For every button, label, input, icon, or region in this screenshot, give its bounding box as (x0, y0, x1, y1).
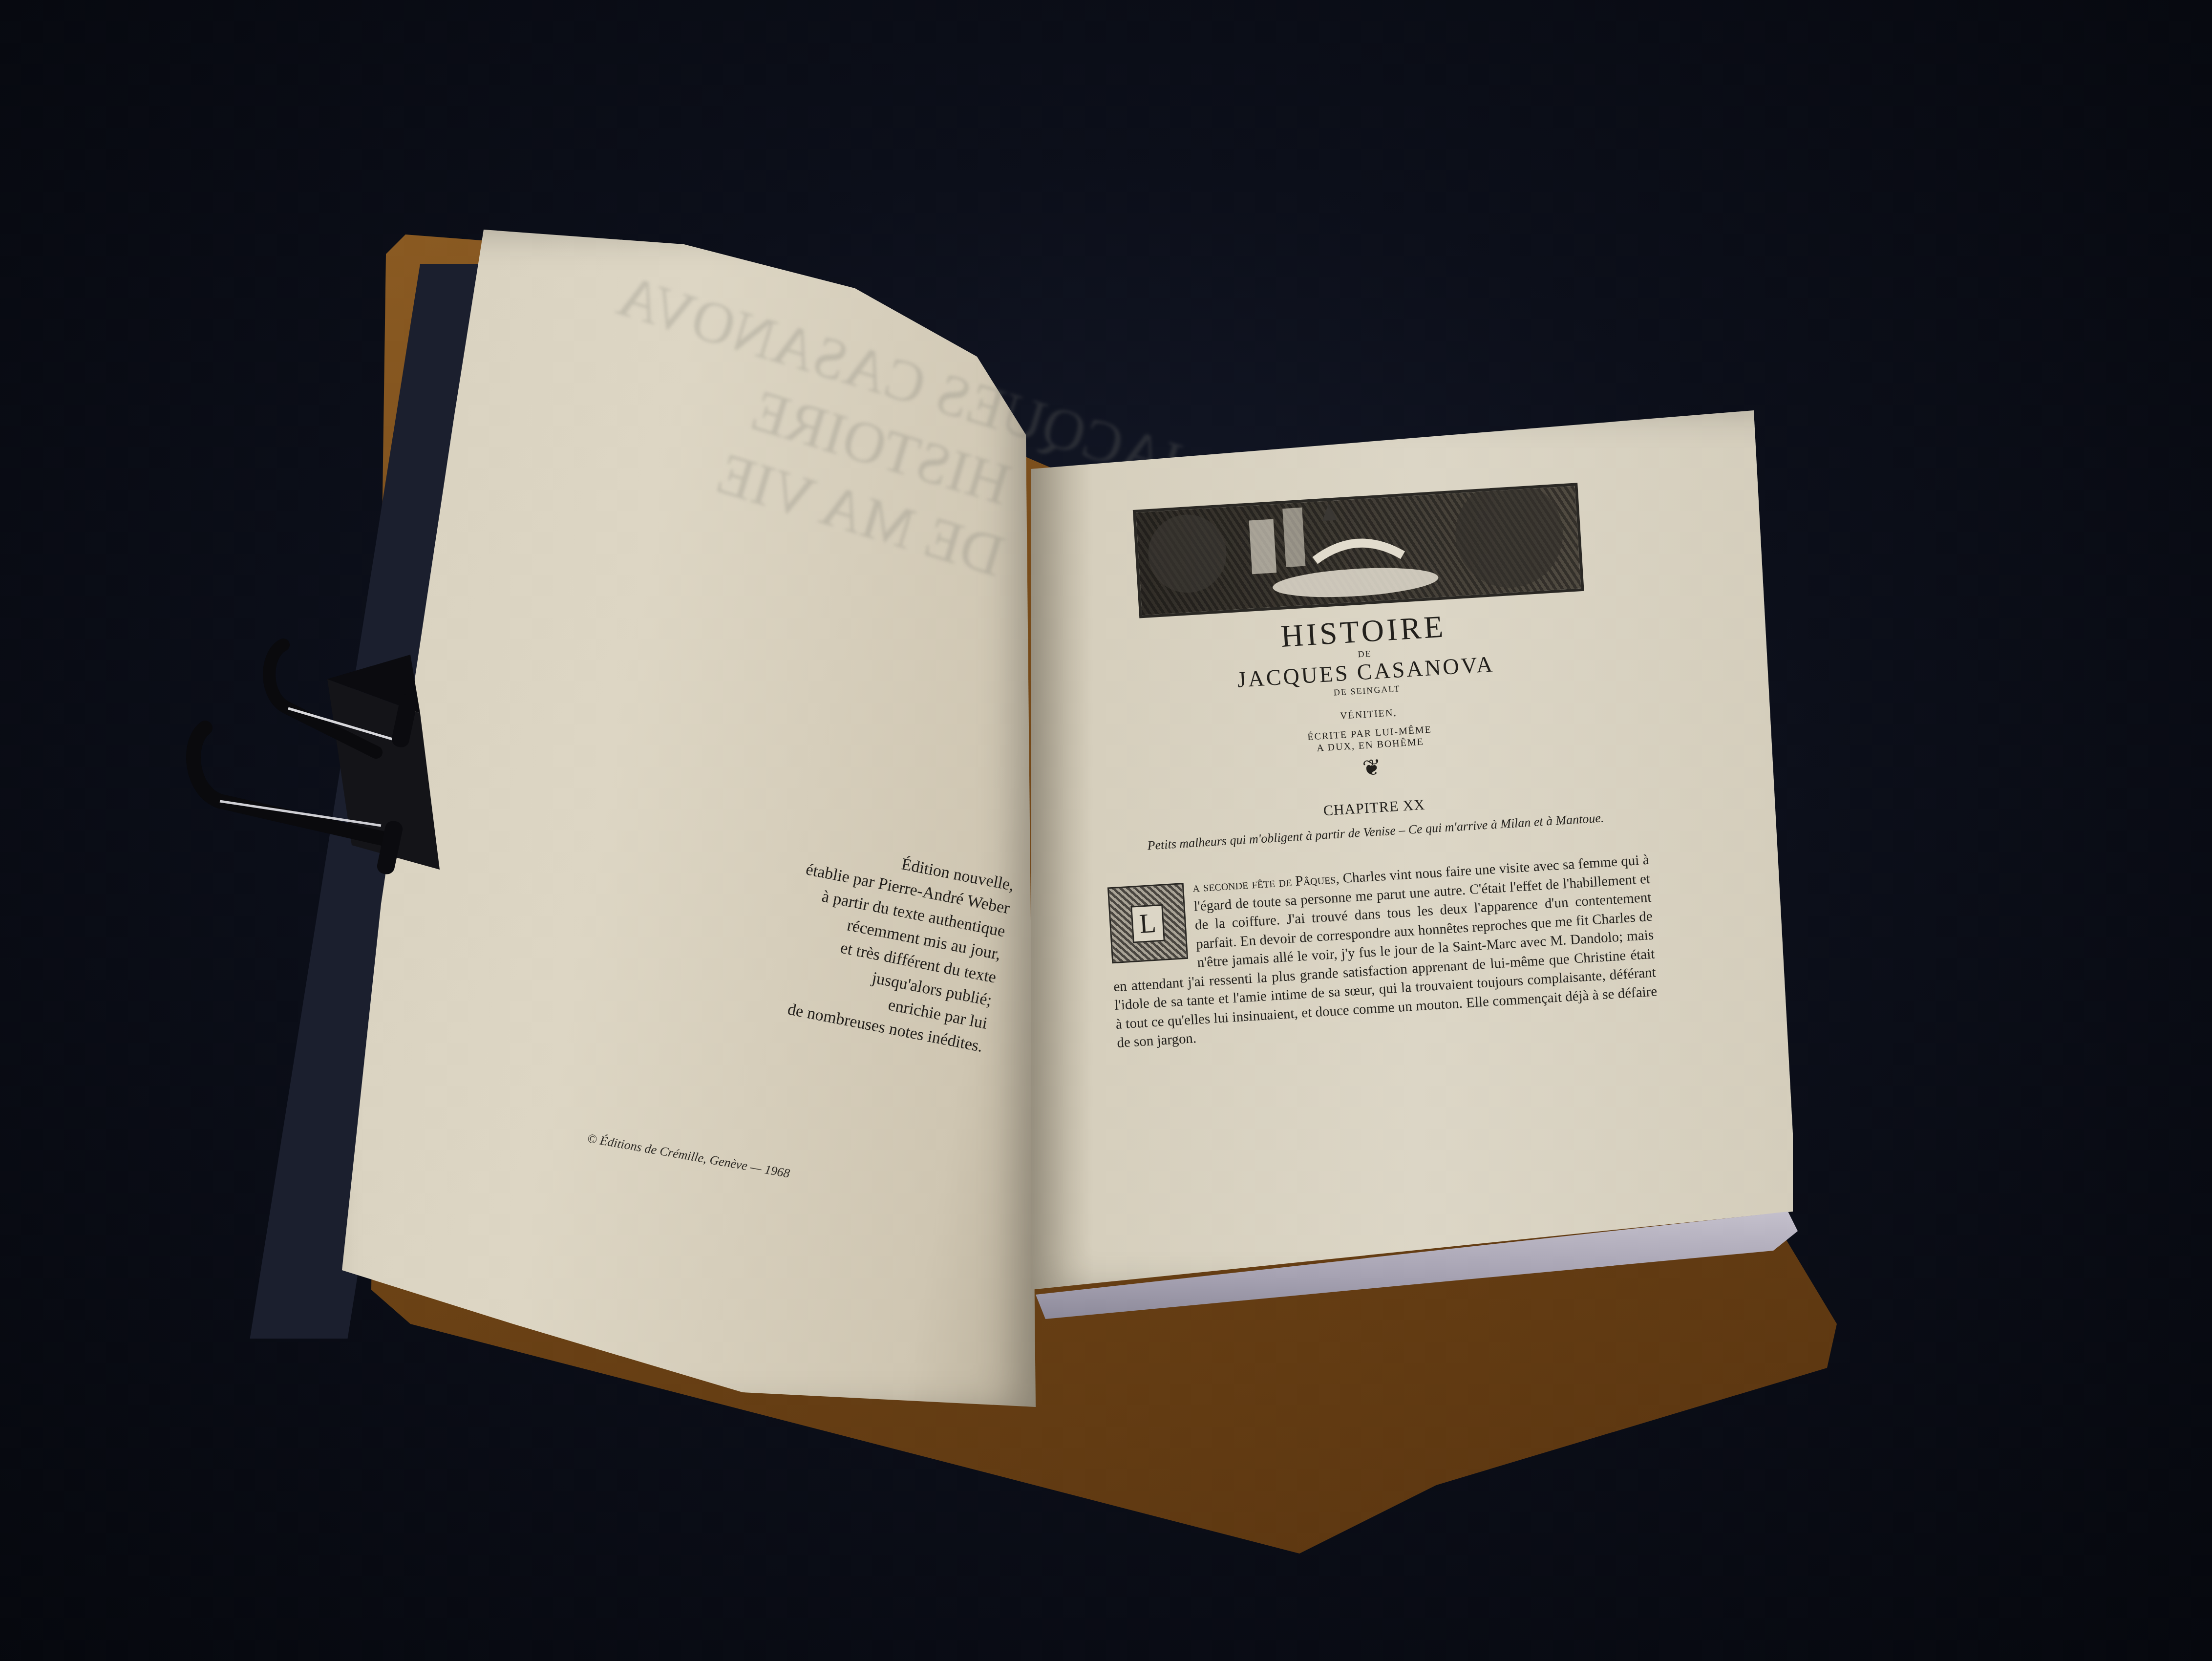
body-paragraph: L a seconde fête de Pâques, Charles vint… (1107, 851, 1659, 1053)
binder-clip-icon (166, 616, 479, 889)
ornamental-dropcap-icon: L (1107, 883, 1188, 963)
dropcap-letter: L (1130, 904, 1165, 943)
body-text: a seconde fête de Pâques, Charles vint n… (1107, 851, 1659, 1053)
photo-scene: JACQUES CASANOVA HISTOIRE DE MA VIE Édit… (0, 0, 2212, 1661)
right-page-content: HISTOIRE DE JACQUES CASANOVA DE SEINGALT… (1085, 480, 1659, 1052)
title-block: HISTOIRE DE JACQUES CASANOVA DE SEINGALT… (1092, 598, 1643, 797)
